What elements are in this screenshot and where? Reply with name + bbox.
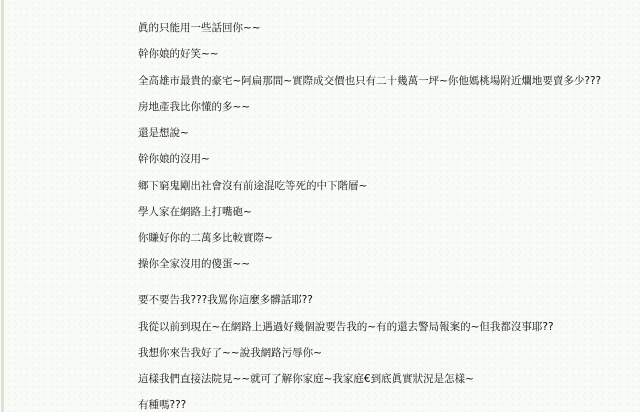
post-line: 房地產我比你懂的多~~ <box>138 100 250 114</box>
post-line: 還是想說~ <box>138 126 189 140</box>
post-line: 全高雄市最貴的豪宅~阿扁那間~實際成交價也只有二十幾萬一坪~你他媽桃場附近爛地要… <box>138 74 601 88</box>
post-line: 我從以前到現在~在網路上遇過好幾個說要告我的~有的還去警局報案的~但我都沒事耶?… <box>138 320 554 334</box>
post-line: 要不要告我???我罵你這麼多髒話耶?? <box>138 293 313 307</box>
post-line: 我想你來告我好了~~說我網路污辱你~ <box>138 346 322 360</box>
post-line: 操你全家沒用的傻蛋~~ <box>138 257 250 271</box>
post-line: 你賺好你的二萬多比較實際~ <box>138 231 273 245</box>
post-line: 鄉下窮鬼剛出社會沒有前途混吃等死的中下階層~ <box>138 179 367 193</box>
post-line: 幹你娘的沒用~ <box>138 152 210 166</box>
post-line: 有種嗎??? <box>138 398 186 412</box>
post-line: 幹你娘的好笑~~ <box>138 47 219 61</box>
post-line: 學人家在網路上打嘴砲~ <box>138 205 252 219</box>
post-line: 眞的只能用一些話回你~~ <box>138 21 261 35</box>
post-line: 這樣我們直接法院見~~就可了解你家庭~我家庭€到底眞實狀況是怎樣~ <box>138 372 474 386</box>
left-border-line <box>1 0 4 412</box>
